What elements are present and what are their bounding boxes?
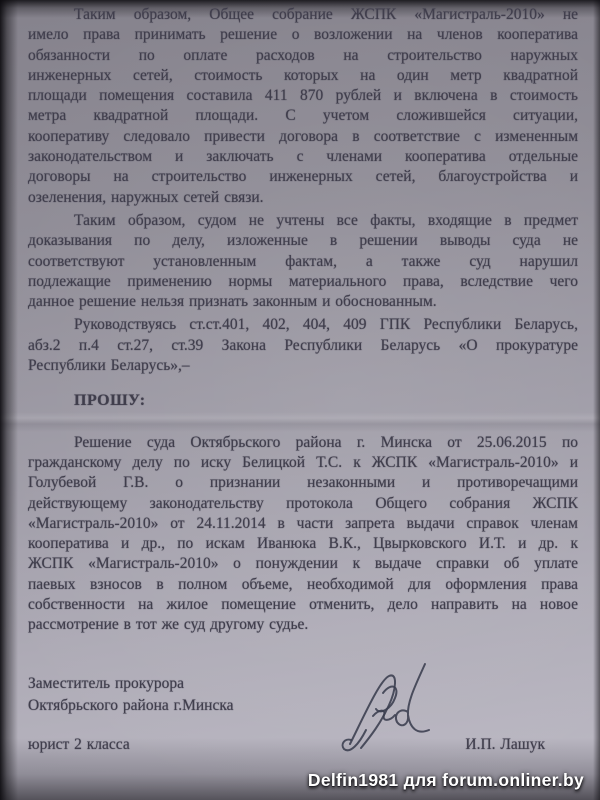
text-line: действующему законодательству протокола … (28, 494, 578, 514)
text-line: озеленения, наружных сетей связи. (28, 188, 578, 208)
signature-row: юрист 2 класса И.П. Лашук (28, 734, 578, 756)
text-line: площади помещения составила 411 870 рубл… (28, 86, 578, 106)
signer-position-line-2: Октябрьского района г.Минска (28, 695, 578, 717)
signature-scribble (332, 652, 442, 772)
text-line: кооператива и др., по искам Иванюка В.К.… (28, 534, 578, 554)
text-line: «Магистраль-2010» от 24.11.2014 в части … (28, 514, 578, 534)
text-line: Решение суда Октябрьского района г. Минс… (28, 433, 578, 453)
request-paragraph: Решение суда Октябрьского района г. Минс… (28, 433, 578, 636)
watermark: Delfin1981 для forum.onliner.by (308, 770, 584, 791)
text-line: гражданскому делу по иску Белицкой Т.С. … (28, 453, 578, 473)
text-line: имело права принимать решение о возложен… (28, 25, 578, 45)
paragraph-legal-basis: Руководствуясь ст.ст.401, 402, 404, 409 … (28, 315, 578, 376)
text-line: Таким образом, Общее собрание ЖСПК «Маги… (28, 5, 578, 25)
text-line: собственности на жилое помещение отменит… (28, 595, 578, 615)
text-line: соответствуют установленным фактам, а та… (28, 252, 578, 272)
text-line: Руководствуясь ст.ст.401, 402, 404, 409 … (28, 315, 578, 335)
text-line: данное решение нельзя признать законным … (28, 292, 578, 312)
signoff-block: Заместитель прокурора Октябрьского район… (28, 673, 578, 756)
text-line: паевых взносов в полном объеме, необходи… (28, 575, 578, 595)
text-line: кооперативу следовало привести договора … (28, 127, 578, 147)
text-line: доказывания по делу, изложенные в решени… (28, 231, 578, 251)
text-line: подлежащие применению нормы материальног… (28, 272, 578, 292)
text-line: абз.2 п.4 ст.27, ст.39 Закона Республики… (28, 336, 578, 356)
signer-position-line-1: Заместитель прокурора (28, 673, 578, 695)
text-line: Таким образом, судом не учтены все факты… (28, 211, 578, 231)
text-line: законодательством и заключать с членами … (28, 147, 578, 167)
signer-rank: юрист 2 класса (28, 734, 130, 756)
signer-name: И.П. Лашук (465, 734, 545, 756)
text-line: инженерных сетей, стоимость которых на о… (28, 66, 578, 86)
text-line: Голубевой Г.В. о признании незаконными и… (28, 473, 578, 493)
text-line: договоры на строительство инженерных сет… (28, 167, 578, 187)
document-body: Таким образом, Общее собрание ЖСПК «Маги… (28, 5, 578, 756)
text-line: метра квадратной площади. С учетом сложи… (28, 106, 578, 126)
document-photo: Таким образом, Общее собрание ЖСПК «Маги… (0, 0, 600, 800)
paragraph-conclusion-1: Таким образом, Общее собрание ЖСПК «Маги… (28, 5, 578, 208)
text-line: рассмотрение в тот же суд другому судье. (28, 615, 578, 635)
text-line: Республики Беларусь»,– (28, 356, 578, 376)
paragraph-conclusion-2: Таким образом, судом не учтены все факты… (28, 211, 578, 312)
request-heading: ПРОШУ: (74, 391, 578, 411)
text-line: ЖСПК «Магистраль-2010» о понуждении к вы… (28, 554, 578, 574)
text-line: обязанности по оплате расходов на строит… (28, 46, 578, 66)
